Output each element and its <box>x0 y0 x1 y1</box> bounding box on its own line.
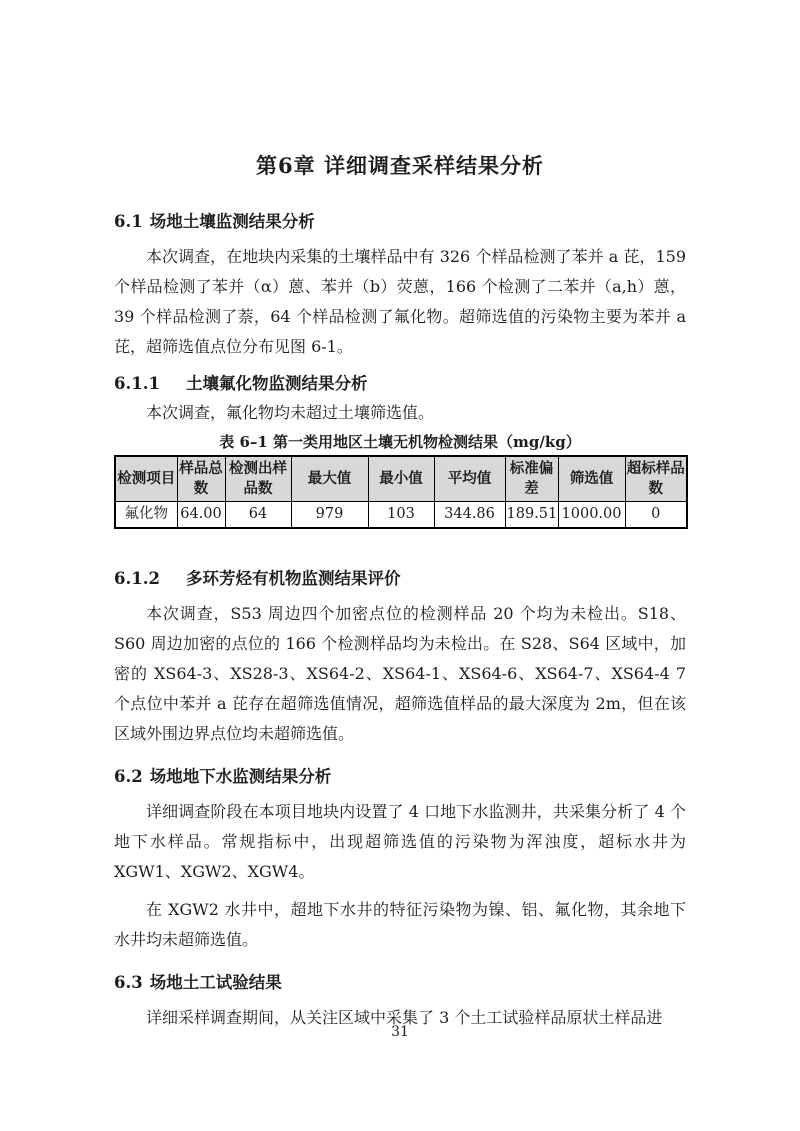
page-number: 31 <box>0 1024 800 1040</box>
table-cell: 1000.00 <box>558 502 625 528</box>
section-heading-text: 多环芳烃有机物监测结果评价 <box>186 569 401 588</box>
section-heading-text: 场地地下水监测结果分析 <box>150 767 332 786</box>
table-cell: 64 <box>225 502 291 528</box>
section-heading-text: 场地土工试验结果 <box>150 973 282 992</box>
table-cell: 103 <box>368 502 434 528</box>
paragraph-xgw2-result: 在 XGW2 水井中，超地下水井的特征污染物为镍、铝、氟化物，其余地下水井均未超… <box>114 895 686 955</box>
table-cell: 344.86 <box>434 502 505 528</box>
section-heading-6-1: 6.1场地土壤监测结果分析 <box>114 210 686 234</box>
document-page: { "page": { "title": "第6章 详细调查采样结果分析", "… <box>0 0 800 1131</box>
table-header-cell: 检测出样品数 <box>225 456 291 502</box>
chapter-title: 第6章 详细调查采样结果分析 <box>114 150 686 182</box>
section-number: 6.1 <box>114 212 143 231</box>
table-header-cell: 检测项目 <box>115 456 177 502</box>
paragraph-fluoride-result: 本次调查，氟化物均未超过土壤筛选值。 <box>114 398 686 428</box>
table-header-cell: 平均值 <box>434 456 505 502</box>
table-cell: 979 <box>291 502 368 528</box>
table-row-fluoride: 氟化物 64.00 64 979 103 344.86 189.51 1000.… <box>115 502 687 528</box>
table-caption: 表 6–1 第一类用地区土壤无机物检测结果（mg/kg） <box>114 431 686 453</box>
section-heading-6-1-2: 6.1.2多环芳烃有机物监测结果评价 <box>114 567 686 591</box>
section-number: 6.2 <box>114 767 143 786</box>
paragraph-pah-evaluation: 本次调查，S53 周边四个加密点位的检测样品 20 个均为未检出。S18、S60… <box>114 599 686 749</box>
table-header-row: 检测项目 样品总数 检测出样品数 最大值 最小值 平均值 标准偏差 筛选值 超标… <box>115 456 687 502</box>
paragraph-groundwater-wells: 详细调查阶段在本项目地块内设置了 4 口地下水监测井，共采集分析了 4 个地下水… <box>114 797 686 887</box>
section-heading-6-2: 6.2场地地下水监测结果分析 <box>114 765 686 789</box>
results-table: 检测项目 样品总数 检测出样品数 最大值 最小值 平均值 标准偏差 筛选值 超标… <box>114 455 688 529</box>
section-heading-text: 场地土壤监测结果分析 <box>150 212 315 231</box>
table-header-cell: 最大值 <box>291 456 368 502</box>
section-heading-6-3: 6.3场地土工试验结果 <box>114 971 686 995</box>
table-header-cell: 超标样品数 <box>625 456 687 502</box>
table-cell: 氟化物 <box>115 502 177 528</box>
section-heading-6-1-1: 6.1.1土壤氟化物监测结果分析 <box>114 372 686 396</box>
table-cell: 0 <box>625 502 687 528</box>
paragraph-soil-overview: 本次调查，在地块内采集的土壤样品中有 326 个样品检测了苯并 a 芘，159 … <box>114 242 686 362</box>
page-content: 第6章 详细调查采样结果分析 6.1场地土壤监测结果分析 本次调查，在地块内采集… <box>114 150 686 1033</box>
table-header-cell: 筛选值 <box>558 456 625 502</box>
table-header-cell: 标准偏差 <box>505 456 558 502</box>
table-header-cell: 最小值 <box>368 456 434 502</box>
table-cell: 64.00 <box>177 502 225 528</box>
table-header-cell: 样品总数 <box>177 456 225 502</box>
section-number: 6.1.1 <box>114 374 160 393</box>
section-number: 6.3 <box>114 973 143 992</box>
section-number: 6.1.2 <box>114 569 160 588</box>
section-heading-text: 土壤氟化物监测结果分析 <box>186 374 368 393</box>
table-cell: 189.51 <box>505 502 558 528</box>
